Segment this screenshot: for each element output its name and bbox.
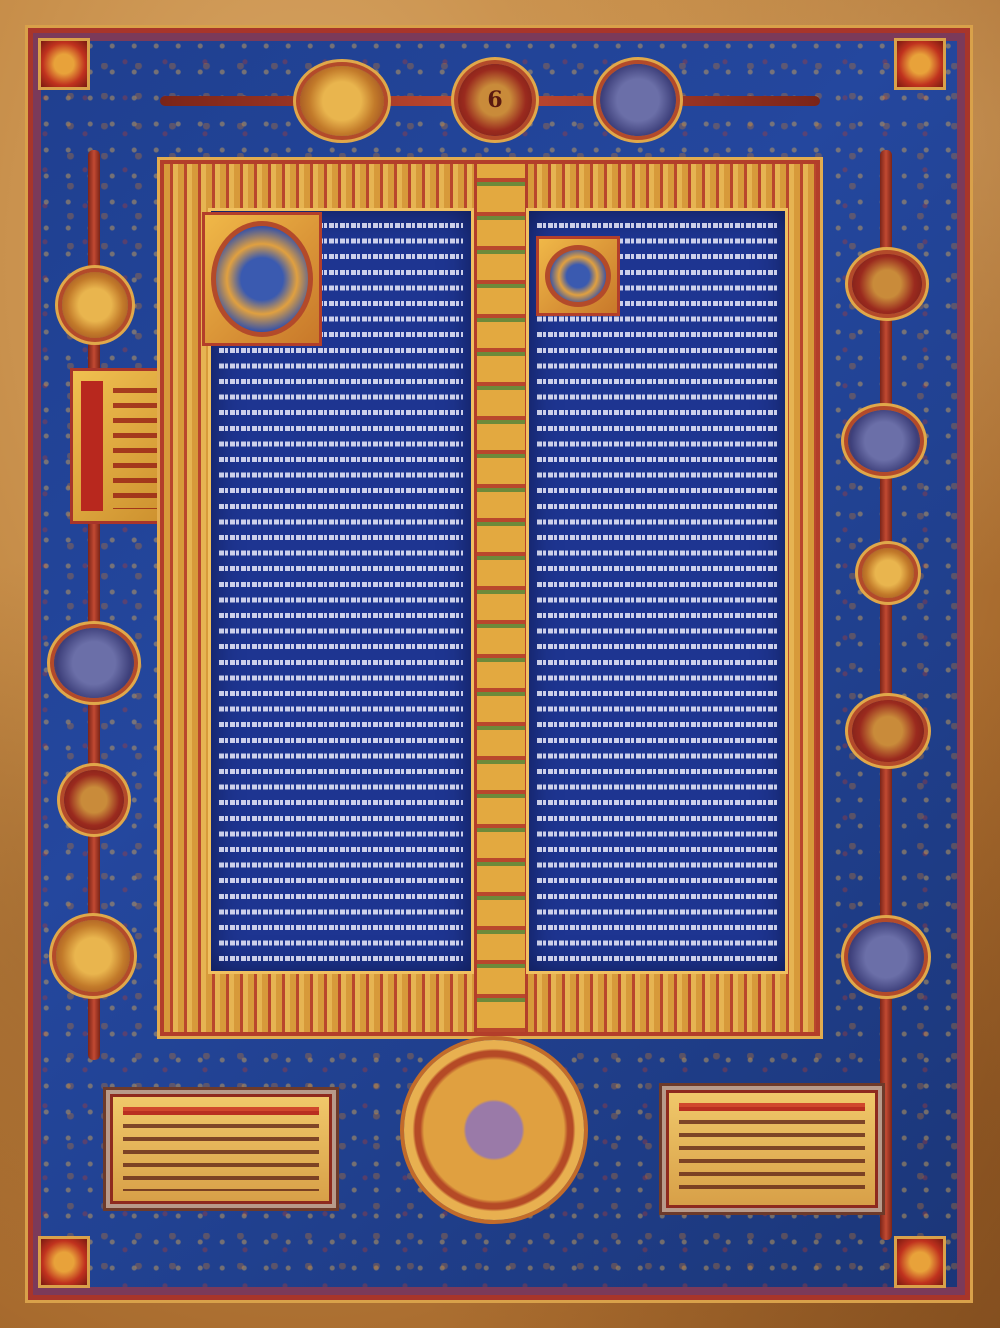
left-medallion-3: [64, 770, 124, 830]
initial-letter-left: [202, 212, 322, 346]
corner-ornament-top-left: [38, 38, 90, 90]
left-medallion-2: [54, 628, 134, 698]
bottom-cartouche-right: [666, 1090, 878, 1208]
corner-ornament-bottom-right: [894, 1236, 946, 1288]
top-medallion-center: 6: [458, 64, 532, 136]
bottom-cartouche-left: [110, 1094, 332, 1204]
right-medallion-2: [848, 410, 920, 472]
right-medallion-3: [862, 548, 914, 598]
bottom-center-medallion: [404, 1040, 584, 1220]
right-medallion-1: [852, 254, 922, 314]
text-column-right: [526, 208, 788, 974]
text-lines-right: [537, 219, 777, 963]
left-medallion-1: [62, 272, 128, 338]
top-medallion-right: [600, 64, 676, 136]
top-medallion-left: [300, 66, 384, 136]
column-divider: [474, 164, 528, 1032]
initial-letter-right: [536, 236, 620, 316]
corner-ornament-top-right: [894, 38, 946, 90]
corner-ornament-bottom-left: [38, 1236, 90, 1288]
right-medallion-4: [852, 700, 924, 762]
right-medallion-5: [848, 922, 924, 992]
left-medallion-4: [56, 920, 130, 992]
text-frame: [160, 160, 820, 1036]
